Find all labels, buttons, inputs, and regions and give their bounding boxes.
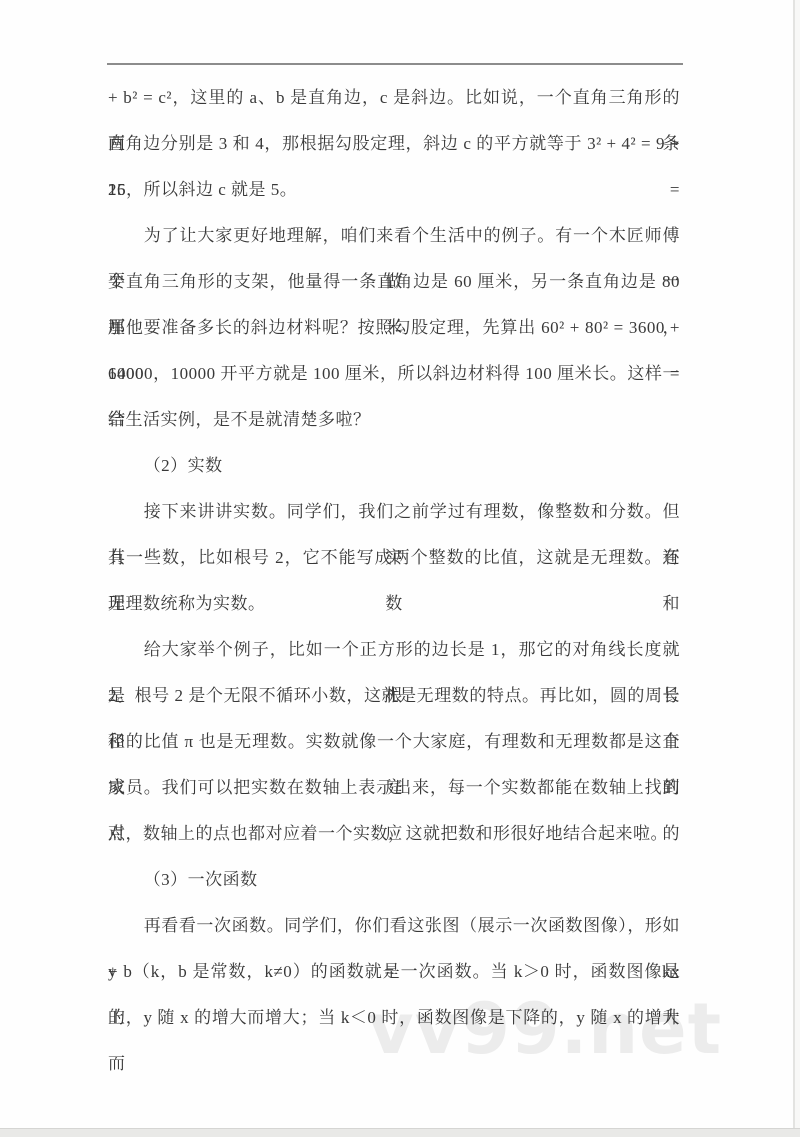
- text-line: 10000，10000 开平方就是 100 厘米，所以斜边材料得 100 厘米长…: [108, 351, 680, 397]
- text-line: 个直角三角形的支架，他量得一条直角边是 60 厘米，另一条直角边是 80 厘米，: [108, 259, 680, 305]
- section-heading: （3）一次函数: [108, 857, 680, 903]
- document-body: + b² = c²，这里的 a、b 是直角边，c 是斜边。比如说，一个直角三角形…: [108, 75, 680, 1041]
- text-line: 点，数轴上的点也都对应着一个实数，这就把数和形很好地结合起来啦。: [108, 811, 680, 857]
- page-edge-fill: [795, 0, 800, 1128]
- page-edge-line: [793, 0, 795, 1128]
- text-line: 径的比值 π 也是无理数。实数就像一个大家庭，有理数和无理数都是这个家庭的: [108, 719, 680, 765]
- text-line: 给大家举个例子，比如一个正方形的边长是 1，那它的对角线长度就是根号: [108, 627, 680, 673]
- text-line: + b² = c²，这里的 a、b 是直角边，c 是斜边。比如说，一个直角三角形…: [108, 75, 680, 121]
- document-page: vv99.net + b² = c²，这里的 a、b 是直角边，c 是斜边。比如…: [0, 0, 800, 1137]
- header-rule-line: [107, 63, 683, 65]
- text-line: 的，y 随 x 的增大而增大；当 k＜0 时，函数图像是下降的，y 随 x 的增…: [108, 995, 680, 1041]
- text-line: 再看看一次函数。同学们，你们看这张图（展示一次函数图像），形如 y = kx: [108, 903, 680, 949]
- text-line: 合生活实例，是不是就清楚多啦？: [108, 397, 680, 443]
- text-line: 2。根号 2 是个无限不循环小数，这就是无理数的特点。再比如，圆的周长和直: [108, 673, 680, 719]
- page-gap-strip: [0, 1128, 800, 1137]
- text-line: 为了让大家更好地理解，咱们来看个生活中的例子。有一个木匠师傅要做一: [108, 213, 680, 259]
- text-line: 那他要准备多长的斜边材料呢？按照勾股定理，先算出 60² + 80² = 360…: [108, 305, 680, 351]
- text-line: 接下来讲讲实数。同学们，我们之前学过有理数，像整数和分数。但其实还: [108, 489, 680, 535]
- section-heading: （2）实数: [108, 443, 680, 489]
- text-line: 直角边分别是 3 和 4，那根据勾股定理，斜边 c 的平方就等于 3² + 4²…: [108, 121, 680, 167]
- text-line: 有一些数，比如根号 2，它不能写成两个整数的比值，这就是无理数。有理数和: [108, 535, 680, 581]
- text-line: 成员。我们可以把实数在数轴上表示出来，每一个实数都能在数轴上找到对应的: [108, 765, 680, 811]
- text-line: + b（k，b 是常数，k≠0）的函数就是一次函数。当 k＞0 时，函数图像是上…: [108, 949, 680, 995]
